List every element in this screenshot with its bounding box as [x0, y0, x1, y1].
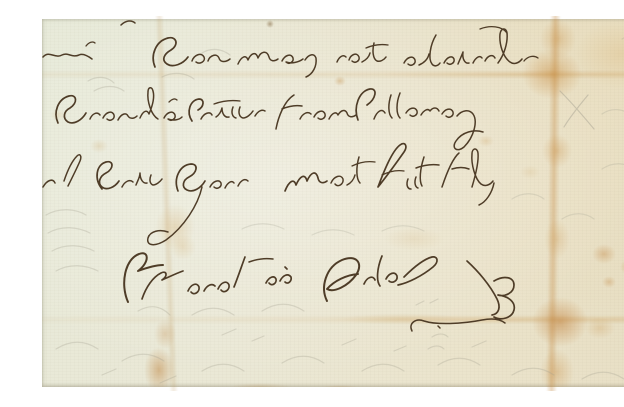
handwriting-line-3: … Ever Your Most faithful: [43, 144, 494, 245]
handwriting-layer: … You may rest assured: [42, 19, 624, 387]
ghost-bleedthrough-writing: [46, 35, 624, 383]
photo-description: Close-up photograph of an aged handwritt…: [40, 16, 41, 17]
letter-photograph: … You may rest assured: [40, 16, 624, 391]
handwriting-signature: Horatio Nelson: [124, 253, 514, 331]
handwriting-line-1: … You may rest assured: [43, 21, 538, 77]
handwriting-line-2: I send a Letter from Holloway: [56, 88, 483, 150]
letter-paper: … You may rest assured: [42, 19, 624, 387]
